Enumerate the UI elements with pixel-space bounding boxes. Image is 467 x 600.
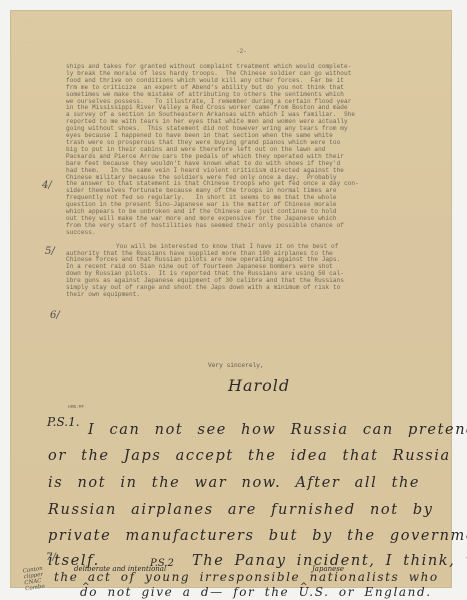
handwritten-line: I can not see how Russia can pretend (88, 422, 467, 438)
signature: Harold (228, 376, 290, 395)
typed-paragraph-1: ships and takes for granted without comp… (66, 64, 438, 237)
margin-number-5: 5/ (45, 246, 55, 257)
handwritten-line: or the Japs accept the idea that Russia (48, 448, 451, 464)
ps1-label: P.S.1. (47, 415, 80, 429)
handwritten-line: is not in the war now. After all the (48, 475, 420, 491)
handwritten-line: private manufacturers but by the governm… (48, 528, 467, 544)
page-number: -2- (236, 48, 247, 55)
margin-side-note: Canton clipper CNAC Combo (22, 566, 45, 593)
closing: Very sincerely, (208, 362, 264, 369)
typed-line: success. (66, 230, 438, 237)
margin-mark-top-2: · · · (28, 40, 34, 45)
typed-paragraph-2: You will be interested to know that I ha… (66, 244, 438, 299)
handwritten-line: Russian airplanes are furnished not by (48, 502, 434, 518)
margin-number-6: 6/ (50, 310, 60, 321)
letter-page: · · · · · · -2- ships and takes for gran… (10, 10, 452, 588)
handwritten-line: the act of young irresponsible nationali… (54, 570, 439, 584)
margin-mark-top-1: · · · (28, 20, 34, 25)
reference-initials: HMB:MF (68, 405, 84, 410)
typed-line: their own equipment. (66, 292, 438, 299)
handwritten-line: do not give a d— for the U.S. or England… (80, 585, 432, 599)
typed-line: from the very start of hostilities has s… (66, 223, 438, 230)
typed-body: ships and takes for granted without comp… (66, 64, 438, 299)
margin-number-4: 4/ (42, 180, 52, 191)
